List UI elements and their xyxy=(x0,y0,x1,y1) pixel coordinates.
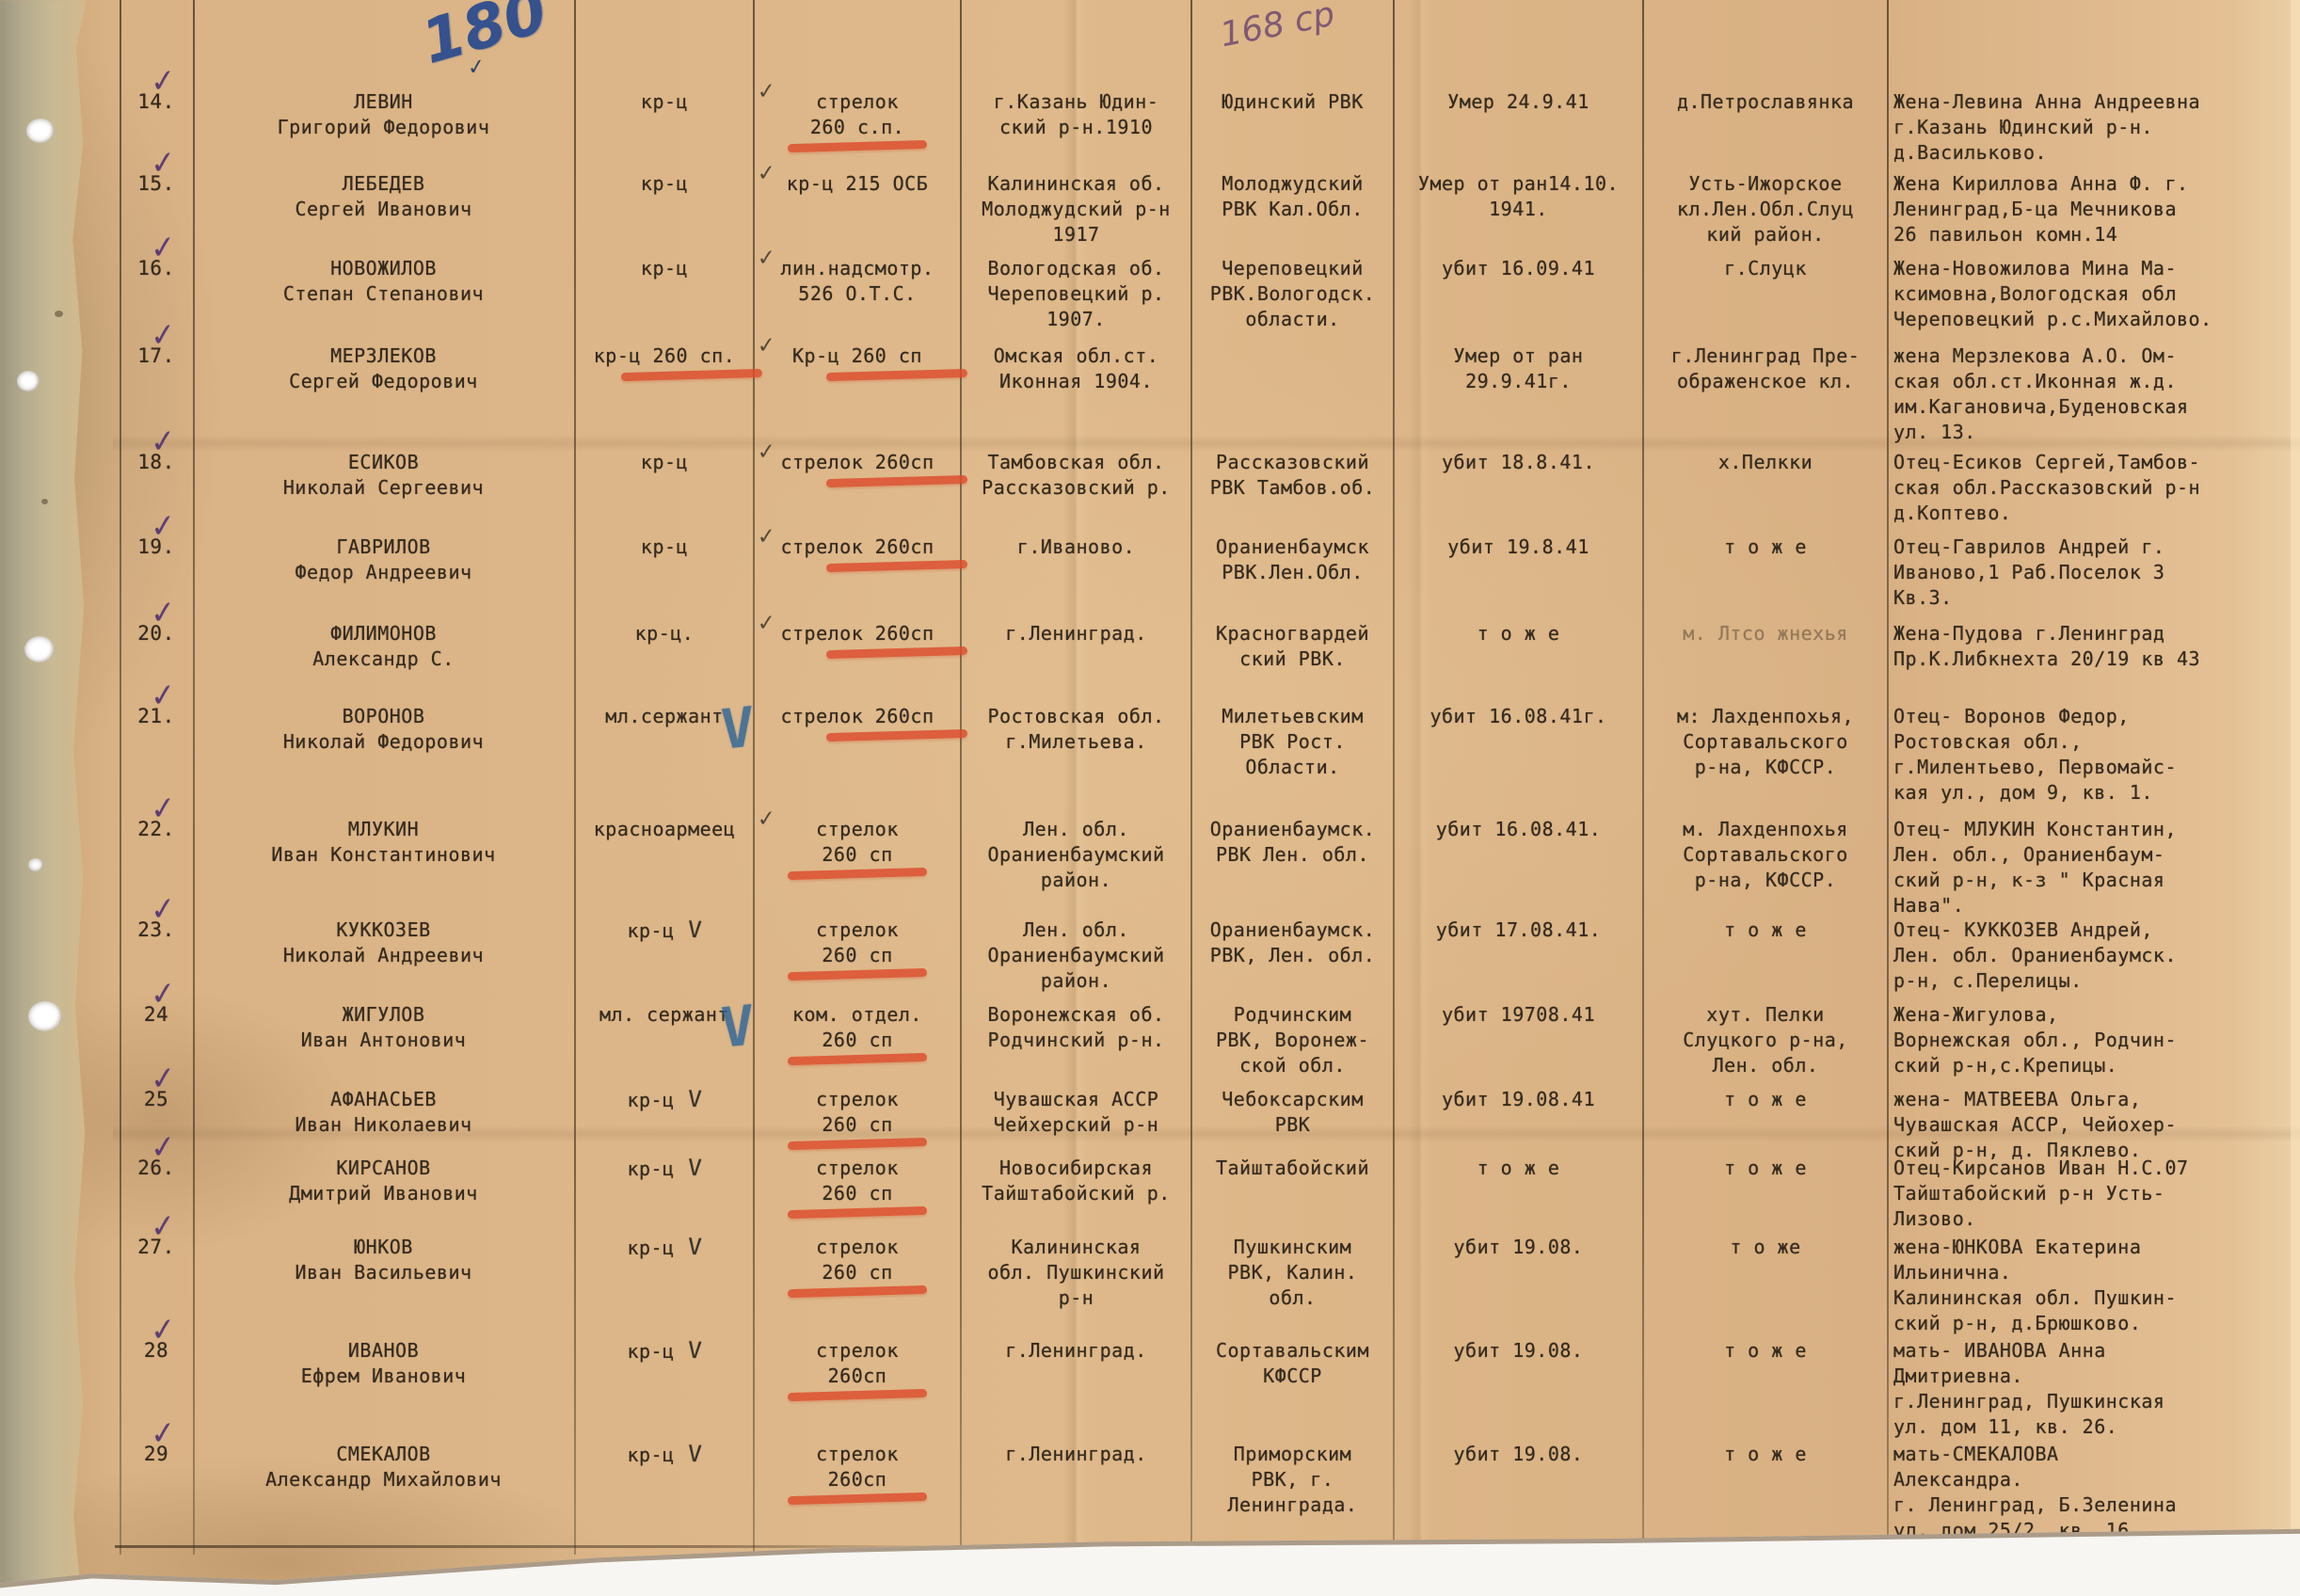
red-underline-mark xyxy=(788,1285,927,1298)
cell-relatives: Отец-Есиков Сергей,Тамбов-ская обл.Расск… xyxy=(1893,450,2294,526)
cell-death: убит 19708.41 xyxy=(1395,1002,1642,1028)
cell-position: лин.надсмотр.526 О.Т.С. xyxy=(755,256,960,307)
cell-relatives: Жена Кириллова Анна Ф. г.Ленинград,Б-ца … xyxy=(1893,171,2294,247)
cell-relatives: мать-СМЕКАЛОВААлександра.г. Ленинград, Б… xyxy=(1893,1442,2294,1543)
cell-name: НОВОЖИЛОВСтепан Степанович xyxy=(193,256,574,307)
red-underline-mark xyxy=(788,868,927,880)
red-underline-mark xyxy=(788,1492,927,1505)
red-underline-mark xyxy=(826,729,967,742)
cell-birthplace: Воронежская об.Родчинский р-н. xyxy=(962,1002,1190,1053)
cell-burial: т о ж е xyxy=(1644,1442,1887,1467)
cell-num: 24 xyxy=(120,1002,193,1028)
cell-burial: х.Пелкки xyxy=(1644,450,1887,475)
cell-relatives: Жена-Новожилова Мина Ма-ксимовна,Вологод… xyxy=(1893,256,2294,332)
cell-death: убит 16.09.41 xyxy=(1395,256,1642,281)
position-check-icon: ✓ xyxy=(758,520,775,551)
cell-name: МЕРЗЛЕКОВСергей Федорович xyxy=(193,343,574,394)
cell-birthplace: г.Ленинград. xyxy=(962,1338,1190,1364)
cell-burial: д.Петрославянка xyxy=(1644,89,1887,115)
cell-rvk: ЧереповецкийРВК.Вологодск.области. xyxy=(1192,256,1393,332)
punch-hole xyxy=(17,371,40,391)
cell-num: 20. xyxy=(120,621,193,646)
cell-position: стрелок260 с.п. xyxy=(755,89,960,140)
paper-sheet: ✓14.ЛЕВИНГригорий Федоровичкр-цстрелок26… xyxy=(0,0,2300,1596)
cell-death: убит 16.08.41. xyxy=(1395,817,1642,842)
cell-rank: кр-цV xyxy=(576,1156,753,1182)
column-rule xyxy=(120,0,121,1555)
cell-num: 27. xyxy=(120,1235,193,1260)
red-underline-mark xyxy=(826,560,967,572)
position-check-icon: ✓ xyxy=(758,157,775,187)
cell-burial: г.Ленинград Пре-ображенское кл. xyxy=(1644,343,1887,394)
cell-death: убит 18.8.41. xyxy=(1395,450,1642,475)
cell-rank: кр-ц xyxy=(576,450,753,475)
red-underline-mark xyxy=(788,1053,927,1065)
position-check-icon: ✓ xyxy=(758,329,775,359)
paper-speck xyxy=(41,499,48,504)
red-underline-mark xyxy=(788,1138,927,1150)
cell-burial: м: Лахденпохья,Сортавальскогор-на, КФССР… xyxy=(1644,704,1887,780)
cell-num: 22. xyxy=(120,817,193,842)
blue-check-icon: V xyxy=(720,993,755,1061)
punch-hole xyxy=(28,858,43,871)
cell-burial: м. Лтсо жнехья xyxy=(1644,621,1887,646)
cell-death: Умер от ран14.10.1941. xyxy=(1395,171,1642,222)
cell-birthplace: Омская обл.ст.Иконная 1904. xyxy=(962,343,1190,394)
binding-edge xyxy=(0,0,87,1596)
cell-rank: кр-ц xyxy=(576,535,753,560)
cell-name: ЕСИКОВНиколай Сергеевич xyxy=(193,450,574,501)
cell-rank: кр-цV xyxy=(576,1235,753,1261)
cell-birthplace: г.Казань Юдин-ский р-н.1910 xyxy=(962,89,1190,140)
cell-position: стрелок260 сп xyxy=(755,1235,960,1285)
cell-rank: кр-ц. xyxy=(576,621,753,646)
cell-position: стрелок 260сп xyxy=(755,621,960,646)
position-check-icon: ✓ xyxy=(758,242,775,272)
red-underline-mark xyxy=(826,369,967,381)
cell-relatives: жена-ЮНКОВА ЕкатеринаИльинична.Калининск… xyxy=(1893,1235,2294,1336)
cell-name: КИРСАНОВДмитрий Иванович xyxy=(193,1156,574,1206)
cell-death: убит 19.08. xyxy=(1395,1235,1642,1260)
cell-rank: кр-цV xyxy=(576,918,753,944)
cell-relatives: Отец-Кирсанов Иван Н.С.07Тайштабойский р… xyxy=(1893,1156,2294,1232)
column-rule xyxy=(1393,0,1395,1555)
cell-relatives: Отец- Воронов Федор,Ростовская обл.,г.Ми… xyxy=(1893,704,2294,806)
cell-position: стрелок 260сп xyxy=(755,704,960,729)
paper-speck xyxy=(55,311,63,317)
cell-num: 23. xyxy=(120,918,193,943)
cell-position: стрелок260 сп xyxy=(755,817,960,868)
column-rule xyxy=(574,0,576,1555)
scanned-document: { "page": { "description": "Typewritten … xyxy=(0,0,2300,1596)
cell-rank: кр-ц 260 сп. xyxy=(576,343,753,369)
cell-num: 19. xyxy=(120,535,193,560)
cell-rvk: Ораниенбаумск.РВК, Лен. обл. xyxy=(1192,918,1393,968)
cell-num: 28 xyxy=(120,1338,193,1364)
rank-check-icon: V xyxy=(687,1087,702,1113)
cell-birthplace: Тамбовская обл.Рассказовский р. xyxy=(962,450,1190,501)
cell-position: ком. отдел.260 сп xyxy=(755,1002,960,1053)
cell-death: Умер от ран29.9.41г. xyxy=(1395,343,1642,394)
cell-relatives: мать- ИВАНОВА АннаДмитриевна.г.Ленинград… xyxy=(1893,1338,2294,1440)
paper-crease xyxy=(1408,0,1432,1562)
cell-death: убит 17.08.41. xyxy=(1395,918,1642,943)
cell-name: ЖИГУЛОВИван Антонович xyxy=(193,1002,574,1053)
red-underline-mark xyxy=(788,140,927,152)
cell-burial: т о ж е xyxy=(1644,535,1887,560)
cell-rank: кр-ц xyxy=(576,256,753,281)
red-underline-mark xyxy=(621,369,762,381)
column-rule xyxy=(753,0,755,1555)
cell-rank: красноармеец xyxy=(576,817,753,842)
cell-name: ЮНКОВИван Васильевич xyxy=(193,1235,574,1285)
cell-burial: т о ж е xyxy=(1644,918,1887,943)
cell-num: 16. xyxy=(120,256,193,281)
cell-relatives: Отец-Гаврилов Андрей г.Иваново,1 Раб.Пос… xyxy=(1893,535,2294,611)
cell-position: стрелок 260сп xyxy=(755,450,960,475)
cell-rvk: СортавальскимКФССР xyxy=(1192,1338,1393,1389)
cell-rvk: МолоджудскийРВК Кал.Обл. xyxy=(1192,171,1393,222)
cell-name: АФАНАСЬЕВИван Николаевич xyxy=(193,1087,574,1138)
position-check-icon: ✓ xyxy=(758,607,775,637)
punch-hole xyxy=(24,636,55,662)
cell-rank: кр-ц xyxy=(576,171,753,197)
table-bottom-rule xyxy=(115,1545,962,1548)
cell-num: 15. xyxy=(120,171,193,197)
handwritten-page-number: 180 xyxy=(414,0,554,78)
cell-rvk: ПриморскимРВК, г.Ленинграда. xyxy=(1192,1442,1393,1518)
cell-position: стрелок260сп xyxy=(755,1442,960,1492)
cell-relatives: Жена-Пудова г.ЛенинградПр.К.Либкнехта 20… xyxy=(1893,621,2294,672)
cell-death: т о ж е xyxy=(1395,621,1642,646)
blue-check-icon: V xyxy=(720,694,755,762)
cell-burial: Усть-Ижорскоекл.Лен.Обл.Слуцкий район. xyxy=(1644,171,1887,247)
cell-rank: кр-цV xyxy=(576,1338,753,1365)
cell-burial: г.Слуцк xyxy=(1644,256,1887,281)
cell-relatives: Отец- МЛУКИН Константин,Лен. обл., Орани… xyxy=(1893,817,2294,918)
cell-birthplace: Вологодская об.Череповецкий р.1907. xyxy=(962,256,1190,332)
cell-burial: м. ЛахденпохьяСортавальскогор-на, КФССР. xyxy=(1644,817,1887,893)
cell-death: т о ж е xyxy=(1395,1156,1642,1181)
cell-birthplace: г.Ленинград. xyxy=(962,1442,1190,1467)
cell-rvk: ЧебоксарскимРВК xyxy=(1192,1087,1393,1138)
red-underline-mark xyxy=(788,1206,927,1219)
rank-check-icon: V xyxy=(687,1156,702,1182)
cell-num: 25 xyxy=(120,1087,193,1112)
red-underline-mark xyxy=(788,968,927,981)
cell-rvk: ОраниенбаумскРВК.Лен.Обл. xyxy=(1192,535,1393,585)
cell-rvk: РодчинскимРВК, Воронеж-ской обл. xyxy=(1192,1002,1393,1078)
cell-birthplace: Калининская об.Молоджудский р-н1917 xyxy=(962,171,1190,247)
cell-num: 29 xyxy=(120,1442,193,1467)
cell-position: стрелок260 сп xyxy=(755,1156,960,1206)
cell-position: кр-ц 215 ОСБ xyxy=(755,171,960,197)
red-underline-mark xyxy=(826,475,967,487)
rank-check-icon: V xyxy=(687,1442,702,1468)
cell-burial: т о ж е xyxy=(1644,1338,1887,1364)
cell-death: убит 19.08. xyxy=(1395,1338,1642,1364)
position-check-icon: ✓ xyxy=(758,436,775,466)
rank-check-icon: V xyxy=(687,918,702,944)
cell-rvk: Юдинский РВК xyxy=(1192,89,1393,115)
punch-hole xyxy=(28,1001,62,1031)
paper-right-edge xyxy=(2291,0,2300,1543)
cell-birthplace: г.Ленинград. xyxy=(962,621,1190,646)
cell-death: убит 19.08.41 xyxy=(1395,1087,1642,1112)
cell-burial: т о ж е xyxy=(1644,1087,1887,1112)
cell-name: СМЕКАЛОВАлександр Михайлович xyxy=(193,1442,574,1492)
rank-check-icon: V xyxy=(687,1235,702,1261)
column-rule xyxy=(193,0,195,1555)
cell-num: 17. xyxy=(120,343,193,369)
cell-position: Кр-ц 260 сп xyxy=(755,343,960,369)
cell-relatives: Отец- КУККОЗЕВ Андрей,Лен. обл. Ораниенб… xyxy=(1893,918,2294,994)
cell-burial: т о ж е xyxy=(1644,1156,1887,1181)
cell-rvk: Ораниенбаумск.РВК Лен. обл. xyxy=(1192,817,1393,868)
red-underline-mark xyxy=(788,1389,927,1401)
cell-num: 26. xyxy=(120,1156,193,1181)
cell-relatives: жена Мерзлекова А.О. Ом-ская обл.ст.Икон… xyxy=(1893,343,2294,445)
cell-burial: т о же xyxy=(1644,1235,1887,1260)
cell-birthplace: Калининскаяобл. Пушкинскийр-н xyxy=(962,1235,1190,1311)
cell-rank: кр-цV xyxy=(576,1442,753,1468)
punch-hole xyxy=(26,119,55,143)
cell-name: КУККОЗЕВНиколай Андреевич xyxy=(193,918,574,968)
cell-name: МЛУКИНИван Константинович xyxy=(193,817,574,868)
cell-rvk: Тайштабойский xyxy=(1192,1156,1393,1181)
cell-birthplace: НовосибирскаяТайштабойский р. xyxy=(962,1156,1190,1206)
cell-relatives: жена- МАТВЕЕВА Ольга,Чувашская АССР, Чей… xyxy=(1893,1087,2294,1163)
cell-name: ГАВРИЛОВФедор Андреевич xyxy=(193,535,574,585)
cell-birthplace: Ростовская обл.г.Милетьева. xyxy=(962,704,1190,755)
handwritten-unit-note: 168 ср xyxy=(1217,0,1337,55)
cell-relatives: Жена-Левина Анна Андреевнаг.Казань Юдинс… xyxy=(1893,89,2294,166)
cell-position: стрелок260 сп xyxy=(755,918,960,968)
cell-num: 21. xyxy=(120,704,193,729)
position-check-icon: ✓ xyxy=(758,75,775,105)
cell-position: стрелок260 сп xyxy=(755,1087,960,1138)
cell-position: стрелок260сп xyxy=(755,1338,960,1389)
cell-birthplace: Лен. обл.Ораниенбаумскийрайон. xyxy=(962,918,1190,994)
cell-position: стрелок 260сп xyxy=(755,535,960,560)
cell-death: Умер 24.9.41 xyxy=(1395,89,1642,115)
cell-birthplace: г.Иваново. xyxy=(962,535,1190,560)
cell-rvk: ПушкинскимРВК, Калин.обл. xyxy=(1192,1235,1393,1311)
cell-relatives: Жена-Жигулова,Ворнежская обл., Родчин-ск… xyxy=(1893,1002,2294,1078)
cell-num: 18. xyxy=(120,450,193,475)
cell-name: ФИЛИМОНОВАлександр С. xyxy=(193,621,574,672)
cell-name: ЛЕБЕДЕВСергей Иванович xyxy=(193,171,574,222)
cell-birthplace: Чувашская АССРЧейхерский р-н xyxy=(962,1087,1190,1138)
cell-rank: кр-ц xyxy=(576,89,753,115)
cell-name: ИВАНОВЕфрем Иванович xyxy=(193,1338,574,1389)
cell-name: ВОРОНОВНиколай Федорович xyxy=(193,704,574,755)
cell-death: убит 19.08. xyxy=(1395,1442,1642,1467)
cell-death: убит 16.08.41г. xyxy=(1395,704,1642,729)
red-underline-mark xyxy=(826,646,967,659)
cell-name: ЛЕВИНГригорий Федорович xyxy=(193,89,574,140)
cell-rank: кр-цV xyxy=(576,1087,753,1113)
cell-burial: хут. ПелкиСлуцкого р-на,Лен. обл. xyxy=(1644,1002,1887,1078)
cell-rvk: МилетьевскимРВК Рост.Области. xyxy=(1192,704,1393,780)
cell-num: 14. xyxy=(120,89,193,115)
cell-rvk: Красногвардейский РВК. xyxy=(1192,621,1393,672)
rank-check-icon: V xyxy=(687,1338,702,1365)
cell-birthplace: Лен. обл.Ораниенбаумскийрайон. xyxy=(962,817,1190,893)
cell-rvk: РассказовскийРВК Тамбов.об. xyxy=(1192,450,1393,501)
cell-death: убит 19.8.41 xyxy=(1395,535,1642,560)
position-check-icon: ✓ xyxy=(758,803,775,833)
column-rule xyxy=(1887,0,1889,1555)
